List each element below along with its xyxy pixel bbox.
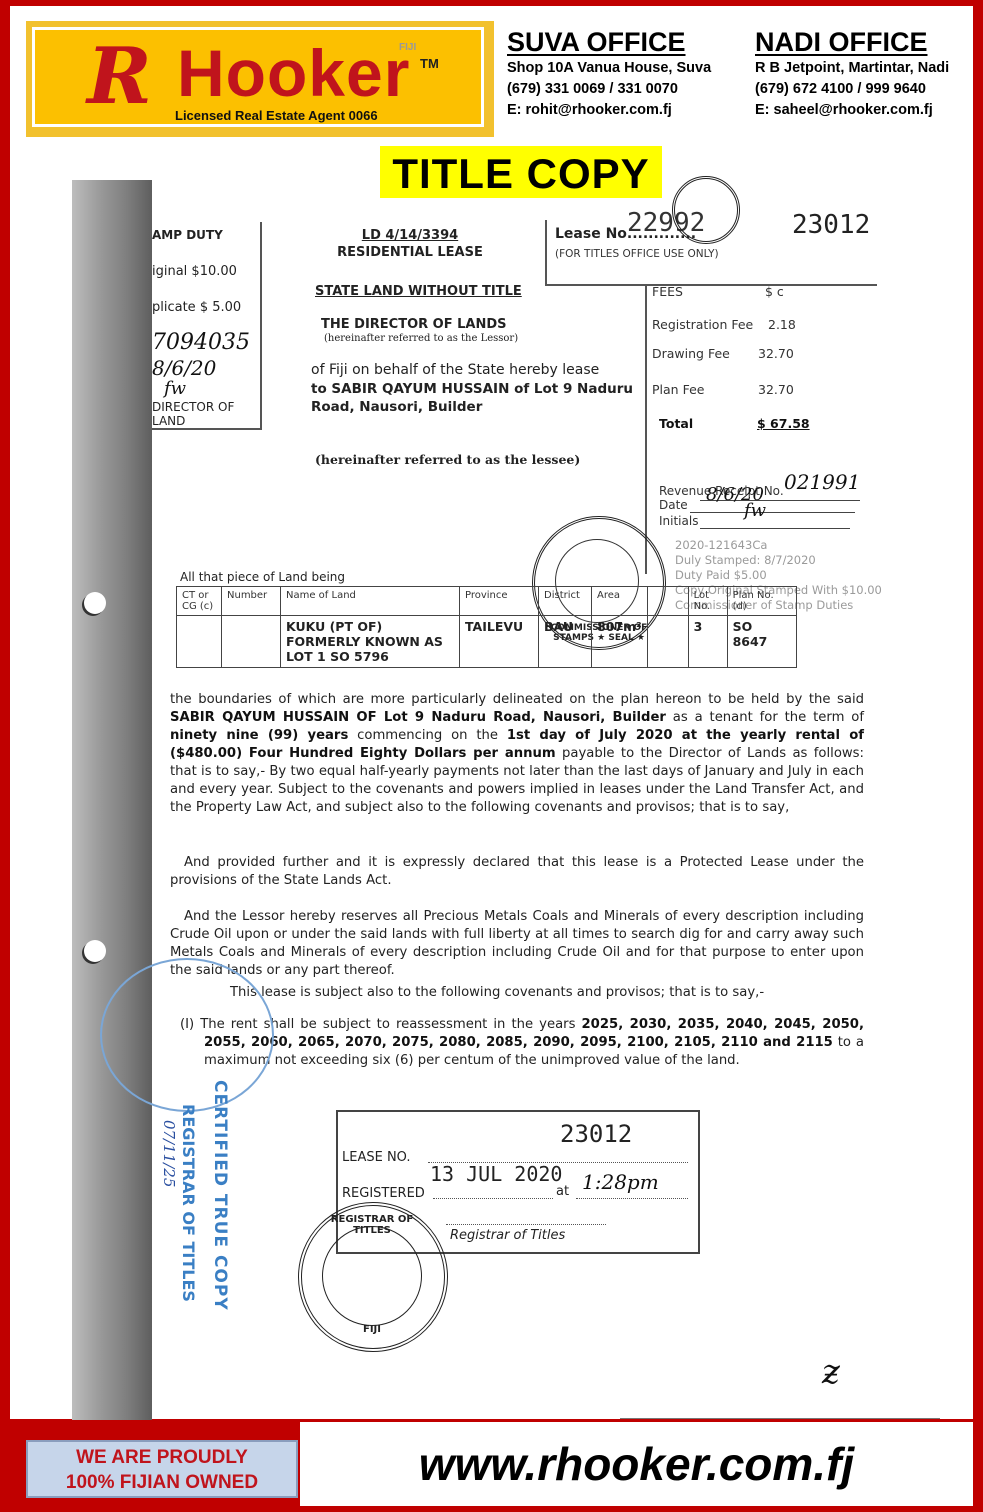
table-header: CT or CG (c) xyxy=(177,587,222,616)
seal-text: REGISTRAR OF TITLES xyxy=(312,1214,432,1236)
logo-wordmark: Hooker xyxy=(177,40,410,106)
land-table: CT or CG (c) Number Name of Land Provinc… xyxy=(176,586,797,668)
initial-mark: ƶ xyxy=(822,1352,840,1392)
lessee-note: (hereinafter referred to as the lessee) xyxy=(315,452,580,467)
rent-reassessment-clause: (I) The rent shall be subject to reasses… xyxy=(180,1016,864,1070)
at-label: at xyxy=(556,1184,569,1199)
fees-divider xyxy=(645,284,647,574)
fees-heading: FEES xyxy=(652,284,683,299)
certified-seal-icon xyxy=(100,958,274,1112)
logo-country-tag: FIJI xyxy=(399,42,416,53)
covenants-intro: This lease is subject also to the follow… xyxy=(230,984,850,1002)
nadi-office-address: R B Jetpoint, Martintar, Nadi xyxy=(755,58,949,79)
stamp-duty-handwritten-date: 8/6/20 xyxy=(152,356,216,380)
registrar-signatory: Registrar of Titles xyxy=(450,1228,565,1243)
receipt-initials-value: fw xyxy=(744,500,766,521)
scan-edge xyxy=(620,1418,940,1419)
table-cell xyxy=(177,616,222,668)
imprint-line: Duty Paid $5.00 xyxy=(675,568,882,583)
imprint-line: 2020-121643Ca xyxy=(675,538,882,553)
imprint-line: Duly Stamped: 8/7/2020 xyxy=(675,553,882,568)
registration-number: 23012 xyxy=(560,1120,632,1148)
fijian-owned-badge: WE ARE PROUDLY 100% FIJIAN OWNED xyxy=(26,1440,298,1498)
table-cell xyxy=(222,616,281,668)
text-run: the boundaries of which are more particu… xyxy=(170,692,864,707)
fee-value: 32.70 xyxy=(758,382,794,397)
registration-lease-no-label: LEASE NO. xyxy=(342,1150,411,1165)
lease-intro-line3: Road, Nausori, Builder xyxy=(311,399,482,415)
lease-terms-paragraph: the boundaries of which are more particu… xyxy=(170,691,864,817)
table-header xyxy=(647,587,688,616)
registration-time: 1:28pm xyxy=(582,1170,659,1194)
fee-label: Registration Fee xyxy=(652,317,753,332)
logo-monogram-icon: R xyxy=(87,38,152,116)
lease-reference: LD 4/14/3394 xyxy=(312,228,508,243)
lease-intro-line2: to SABIR QAYUM HUSSAIN of Lot 9 Naduru xyxy=(311,381,633,397)
fees-total-value: $ 67.58 xyxy=(757,416,810,431)
stamp-duty-heading: AMP DUTY xyxy=(152,228,223,242)
stamp-duty-box: AMP DUTY iginal $10.00 plicate $ 5.00 70… xyxy=(152,222,262,430)
stamp-duty-handwritten-no: 7094035 xyxy=(152,330,250,355)
minerals-paragraph: And the Lessor hereby reserves all Preci… xyxy=(170,908,864,980)
registration-date-stamp: 13 JUL 2020 xyxy=(430,1162,562,1186)
fees-total-label: Total xyxy=(659,416,693,431)
table-header: Province xyxy=(460,587,539,616)
table-header: Lot No. xyxy=(688,587,727,616)
stamp-duty-original: iginal $10.00 xyxy=(152,264,237,279)
stamp-duty-initials: fw xyxy=(164,378,186,399)
lease-type: RESIDENTIAL LEASE xyxy=(312,245,508,260)
land-class: STATE LAND WITHOUT TITLE xyxy=(315,284,522,299)
stamp-duty-signatory: DIRECTOR OF LAND xyxy=(152,400,260,428)
nadi-office: NADI OFFICE R B Jetpoint, Martintar, Nad… xyxy=(755,26,949,121)
table-cell: TAILEVU xyxy=(460,616,539,668)
table-cell: SO 8647 xyxy=(727,616,796,668)
receipt-no-value: 021991 xyxy=(784,470,860,494)
certified-registrar-stamp: REGISTRAR OF TITLES xyxy=(179,1104,198,1302)
badge-line: WE ARE PROUDLY xyxy=(28,1445,296,1470)
binding-strip xyxy=(72,180,152,1420)
suva-office-phone[interactable]: (679) 331 0069 / 331 0070 xyxy=(507,79,711,100)
receipt-date-label: Date xyxy=(659,498,688,512)
fee-value: 2.18 xyxy=(768,317,796,332)
table-header: District xyxy=(539,587,592,616)
dotted-line xyxy=(433,1198,553,1199)
suva-office-title: SUVA OFFICE xyxy=(507,26,711,58)
certified-date: 07/11/25 xyxy=(160,1120,178,1187)
registered-label: REGISTERED xyxy=(342,1186,425,1201)
dotted-line xyxy=(576,1198,688,1199)
suva-office-address: Shop 10A Vanua House, Suva xyxy=(507,58,711,79)
stamp-duty-duplicate: plicate $ 5.00 xyxy=(152,300,241,315)
table-cell: KUKU (PT OF) FORMERLY KNOWN AS LOT 1 SO … xyxy=(281,616,460,668)
protected-lease-paragraph: And provided further and it is expressly… xyxy=(170,854,864,890)
lease-intro-line1: of Fiji on behalf of the State hereby le… xyxy=(311,362,599,378)
table-header: Area xyxy=(592,587,648,616)
table-header: Number xyxy=(222,587,281,616)
registrar-seal-icon xyxy=(672,176,740,244)
nadi-office-email[interactable]: E: saheel@rhooker.com.fj xyxy=(755,100,949,121)
table-header: Name of Land xyxy=(281,587,460,616)
logo-tagline: Licensed Real Estate Agent 0066 xyxy=(175,108,378,123)
rule-line xyxy=(690,512,855,513)
lease-term: ninety nine (99) years xyxy=(170,728,348,743)
lessor-note: (hereinafter referred to as the Lessor) xyxy=(324,333,518,344)
table-row: KUKU (PT OF) FORMERLY KNOWN AS LOT 1 SO … xyxy=(177,616,797,668)
certified-true-copy-stamp: CERTIFIED TRUE COPY xyxy=(210,1080,230,1311)
seal-country: FIJI xyxy=(342,1324,402,1335)
table-header: Plan No. (d) xyxy=(727,587,796,616)
badge-line: 100% FIJIAN OWNED xyxy=(28,1470,296,1495)
land-intro: All that piece of Land being xyxy=(180,570,345,584)
lease-no-stamped: 23012 xyxy=(792,210,870,240)
fee-label: Drawing Fee xyxy=(652,346,730,361)
fees-unit: $ c xyxy=(765,284,784,299)
title-copy-banner: TITLE COPY xyxy=(380,146,662,198)
dotted-line xyxy=(446,1224,606,1225)
rule-line xyxy=(700,528,850,529)
punch-hole xyxy=(84,592,106,614)
registrar-titles-seal-icon: REGISTRAR OF TITLES FIJI xyxy=(298,1202,448,1352)
website-link[interactable]: www.rhooker.com.fj xyxy=(300,1422,973,1506)
trademark-symbol: TM xyxy=(420,56,439,71)
table-cell: 807m² xyxy=(592,616,648,668)
lessor-name: THE DIRECTOR OF LANDS xyxy=(321,317,507,332)
punch-hole xyxy=(84,940,106,962)
suva-office: SUVA OFFICE Shop 10A Vanua House, Suva (… xyxy=(507,26,711,121)
suva-office-email[interactable]: E: rohit@rhooker.com.fj xyxy=(507,100,711,121)
fee-value: 32.70 xyxy=(758,346,794,361)
table-cell xyxy=(647,616,688,668)
nadi-office-title: NADI OFFICE xyxy=(755,26,949,58)
nadi-office-phone[interactable]: (679) 672 4100 / 999 9640 xyxy=(755,79,949,100)
lease-no-note: (FOR TITLES OFFICE USE ONLY) xyxy=(555,248,719,260)
receipt-initials-label: Initials xyxy=(659,514,698,528)
lessee-name: SABIR QAYUM HUSSAIN OF Lot 9 Naduru Road… xyxy=(170,710,666,725)
text-run: as a tenant for the term of xyxy=(666,710,864,725)
rhooker-logo[interactable]: R Hooker FIJI TM Licensed Real Estate Ag… xyxy=(26,21,494,137)
table-cell: 3 xyxy=(688,616,727,668)
fee-label: Plan Fee xyxy=(652,382,704,397)
table-cell: BAU xyxy=(539,616,592,668)
text-run: commencing on the xyxy=(348,728,507,743)
